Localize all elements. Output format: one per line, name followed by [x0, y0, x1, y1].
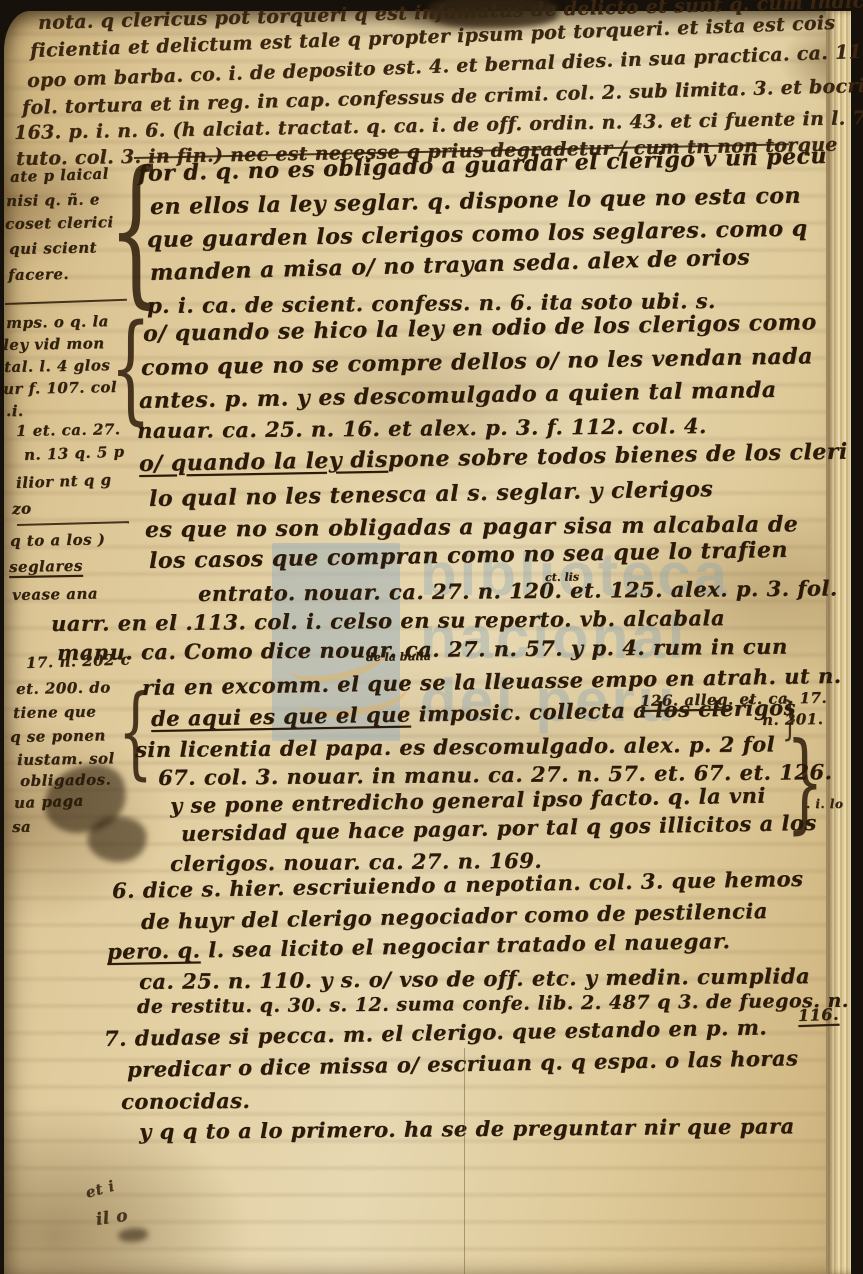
- manuscript-line: sin licentia del papa. es descomulgado. …: [135, 733, 775, 760]
- margin-note: 126. alleg. et. ca. 17.: [640, 691, 827, 709]
- margin-note: facere.: [8, 267, 69, 283]
- manuscript-photo: biblioteca nacional del peru nota. q cle…: [0, 0, 863, 1274]
- scribble: il o: [95, 1208, 129, 1229]
- manuscript-line: uarr. en el .113. col. i. celso en su re…: [51, 607, 725, 634]
- margin-note: q se ponen: [10, 728, 106, 745]
- underlined-phrase: 126. alleg: [640, 690, 728, 710]
- margin-note: ilior nt q g: [16, 473, 112, 491]
- margin-note: 1 et. ca. 27.: [16, 422, 121, 439]
- margin-note: tiene que: [13, 705, 97, 721]
- margin-note: .i.: [6, 404, 24, 419]
- manuscript-line: y q q to a lo primero. ha se de pregunta…: [139, 1115, 795, 1142]
- manuscript-line: conocidas.: [121, 1090, 250, 1112]
- margin-note: coset clerici: [5, 215, 114, 232]
- underlined-phrase: de aqui es que el que: [151, 701, 411, 731]
- margin-brace: {: [110, 320, 151, 414]
- margin-note: ate p laical: [10, 167, 109, 185]
- margin-note: et. 200. do: [16, 680, 111, 697]
- margin-note: . et. ca. 17.: [728, 689, 828, 709]
- margin-note: ley vid mon: [3, 336, 105, 353]
- book-fore-edge: [826, 11, 851, 1274]
- margin-brace: }: [786, 740, 824, 826]
- margin-note: tal. l. 4 glos: [4, 358, 110, 375]
- margin-note: vease ana: [12, 586, 98, 602]
- underlined-phrase: o/ quando la ley dis: [139, 447, 388, 477]
- margin-brace: {: [108, 166, 164, 294]
- margin-note: q to a los ): [10, 532, 106, 549]
- margin-note: zo: [12, 501, 32, 517]
- page-crease: [464, 1048, 465, 1274]
- manuscript-line: entrato. nouar. ca. 27. n. 120. et. 125.…: [198, 577, 838, 604]
- interlinear-note: ct. lis: [545, 571, 579, 583]
- manuscript-line: nauar. ca. 25. n. 16. et alex. p. 3. f. …: [137, 415, 707, 441]
- margin-note: n. 13 q. 5 p: [24, 444, 125, 462]
- margin-note: nisi q. ñ. e: [6, 192, 100, 209]
- margin-note: qui scient: [9, 240, 97, 257]
- margin-note: ur f. 107. col: [3, 380, 117, 397]
- margin-brace: {: [118, 692, 153, 772]
- interlinear-note: de la bulla: [366, 651, 431, 663]
- manuscript-line: clerigos. nouar. ca. 27. n. 169.: [170, 850, 542, 874]
- margin-note: seglares: [9, 559, 83, 575]
- margin-note: mps. o q. la: [6, 314, 109, 331]
- margin-note: 17. n. 202 c: [26, 652, 131, 671]
- manuscript-line: ca. 25. n. 110. y s. o/ vso de off. etc.…: [139, 965, 810, 992]
- stain: [428, 0, 558, 28]
- margin-note: sa: [12, 820, 31, 835]
- manuscript-line: es que no son obligadas a pagar sisa m a…: [145, 513, 798, 541]
- underlined-phrase: pero. q.: [107, 937, 201, 964]
- folio-number: 116.: [798, 1007, 840, 1024]
